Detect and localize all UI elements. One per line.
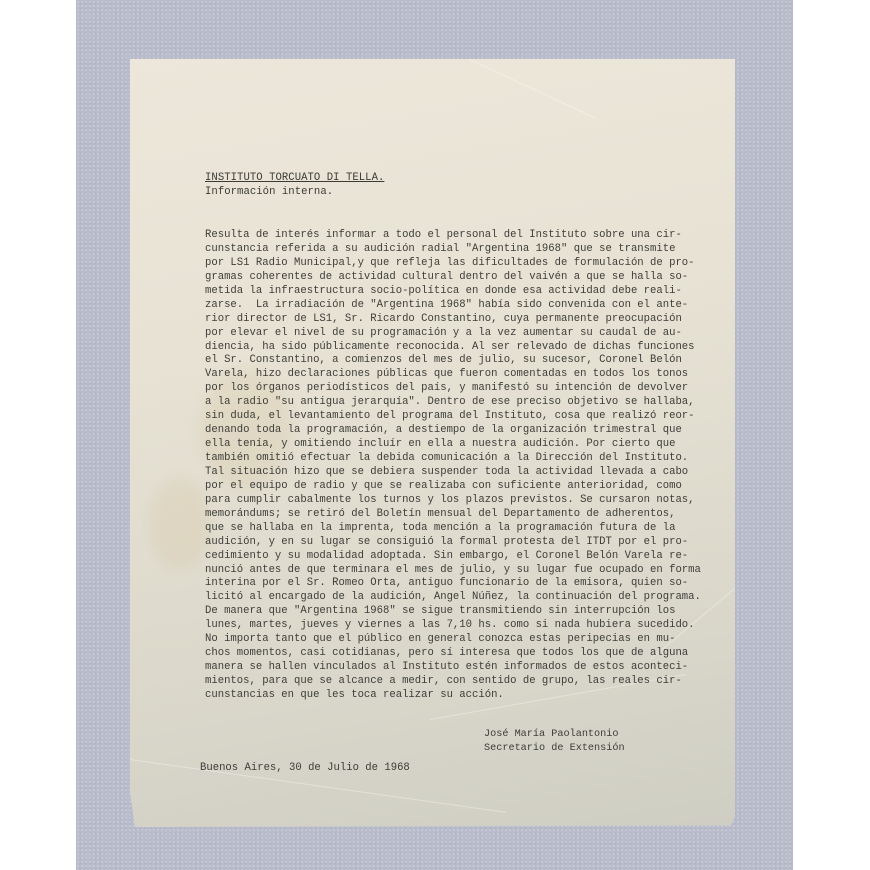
body-line: mientos, para que se alcance a medir, co… [205,675,701,689]
body-line: No importa tanto que el público en gener… [205,633,701,647]
body-line: por el equipo de radio y que se realizab… [205,480,701,494]
body-line: diencia, ha sido públicamente reconocida… [205,341,701,355]
body-line: cunstancia referida a su audición radial… [205,243,701,257]
document-header: INSTITUTO TORCUATO DI TELLA. Información… [205,171,384,199]
place-and-date: Buenos Aires, 30 de Julio de 1968 [200,762,410,774]
body-line: memorándums; se retiró del Boletín mensu… [205,508,701,522]
body-line: Tal situación hizo que se debiera suspen… [205,466,701,480]
body-line: De manera que "Argentina 1968" se sigue … [205,605,701,619]
body-line: a la radio "su antigua jerarquía". Dentr… [205,396,701,410]
body-line: gramas coherentes de actividad cultural … [205,271,701,285]
body-line: metida la infraestructura socio-política… [205,285,701,299]
body-line: por elevar el nivel de su programación y… [205,327,701,341]
body-line: manera se hallen vinculados al Instituto… [205,661,701,675]
body-line: sin duda, el levantamiento del programa … [205,410,701,424]
body-line: cunstancias en que les toca realizar su … [205,689,701,703]
document-subtitle: Información interna. [205,185,384,199]
body-line: que se hallaba en la imprenta, toda menc… [205,522,701,536]
institution-title: INSTITUTO TORCUATO DI TELLA. [205,171,384,185]
body-line: lunes, martes, jueves y viernes a las 7,… [205,619,701,633]
document-body: Resulta de interés informar a todo el pe… [205,229,701,703]
body-line: rior director de LS1, Sr. Ricardo Consta… [205,313,701,327]
body-line: también omitió efectuar la debida comuni… [205,452,701,466]
body-line: nunció antes de que terminara el mes de … [205,564,701,578]
body-line: Varela, hizo declaraciones públicas que … [205,368,701,382]
body-line: ella tenía, y omitiendo incluír en ella … [205,438,701,452]
body-line: por LS1 Radio Municipal,y que refleja la… [205,257,701,271]
body-line: por los órganos periodísticos del país, … [205,382,701,396]
body-line: Resulta de interés informar a todo el pe… [205,229,701,243]
body-line: zarse. La irradiación de "Argentina 1968… [205,299,701,313]
body-line: audición, y en su lugar se consiguió la … [205,536,701,550]
body-line: el Sr. Constantino, a comienzos del mes … [205,354,701,368]
signatory-name: José María Paolantonio [484,728,625,742]
body-line: cedimiento y su modalidad adoptada. Sin … [205,550,701,564]
signatory-title: Secretario de Extensión [484,742,625,756]
body-line: interina por el Sr. Romeo Orta, antiguo … [205,577,701,591]
body-line: licitó al encargado de la audición, Ange… [205,591,701,605]
body-line: chos momentos, casi cotidianas, pero sí … [205,647,701,661]
signature-block: José María Paolantonio Secretario de Ext… [484,728,625,756]
paper-stain [150,479,210,569]
body-line: para cumplir cabalmente los turnos y los… [205,494,701,508]
body-line: denando toda la programación, a destiemp… [205,424,701,438]
paper-crease [470,59,597,119]
